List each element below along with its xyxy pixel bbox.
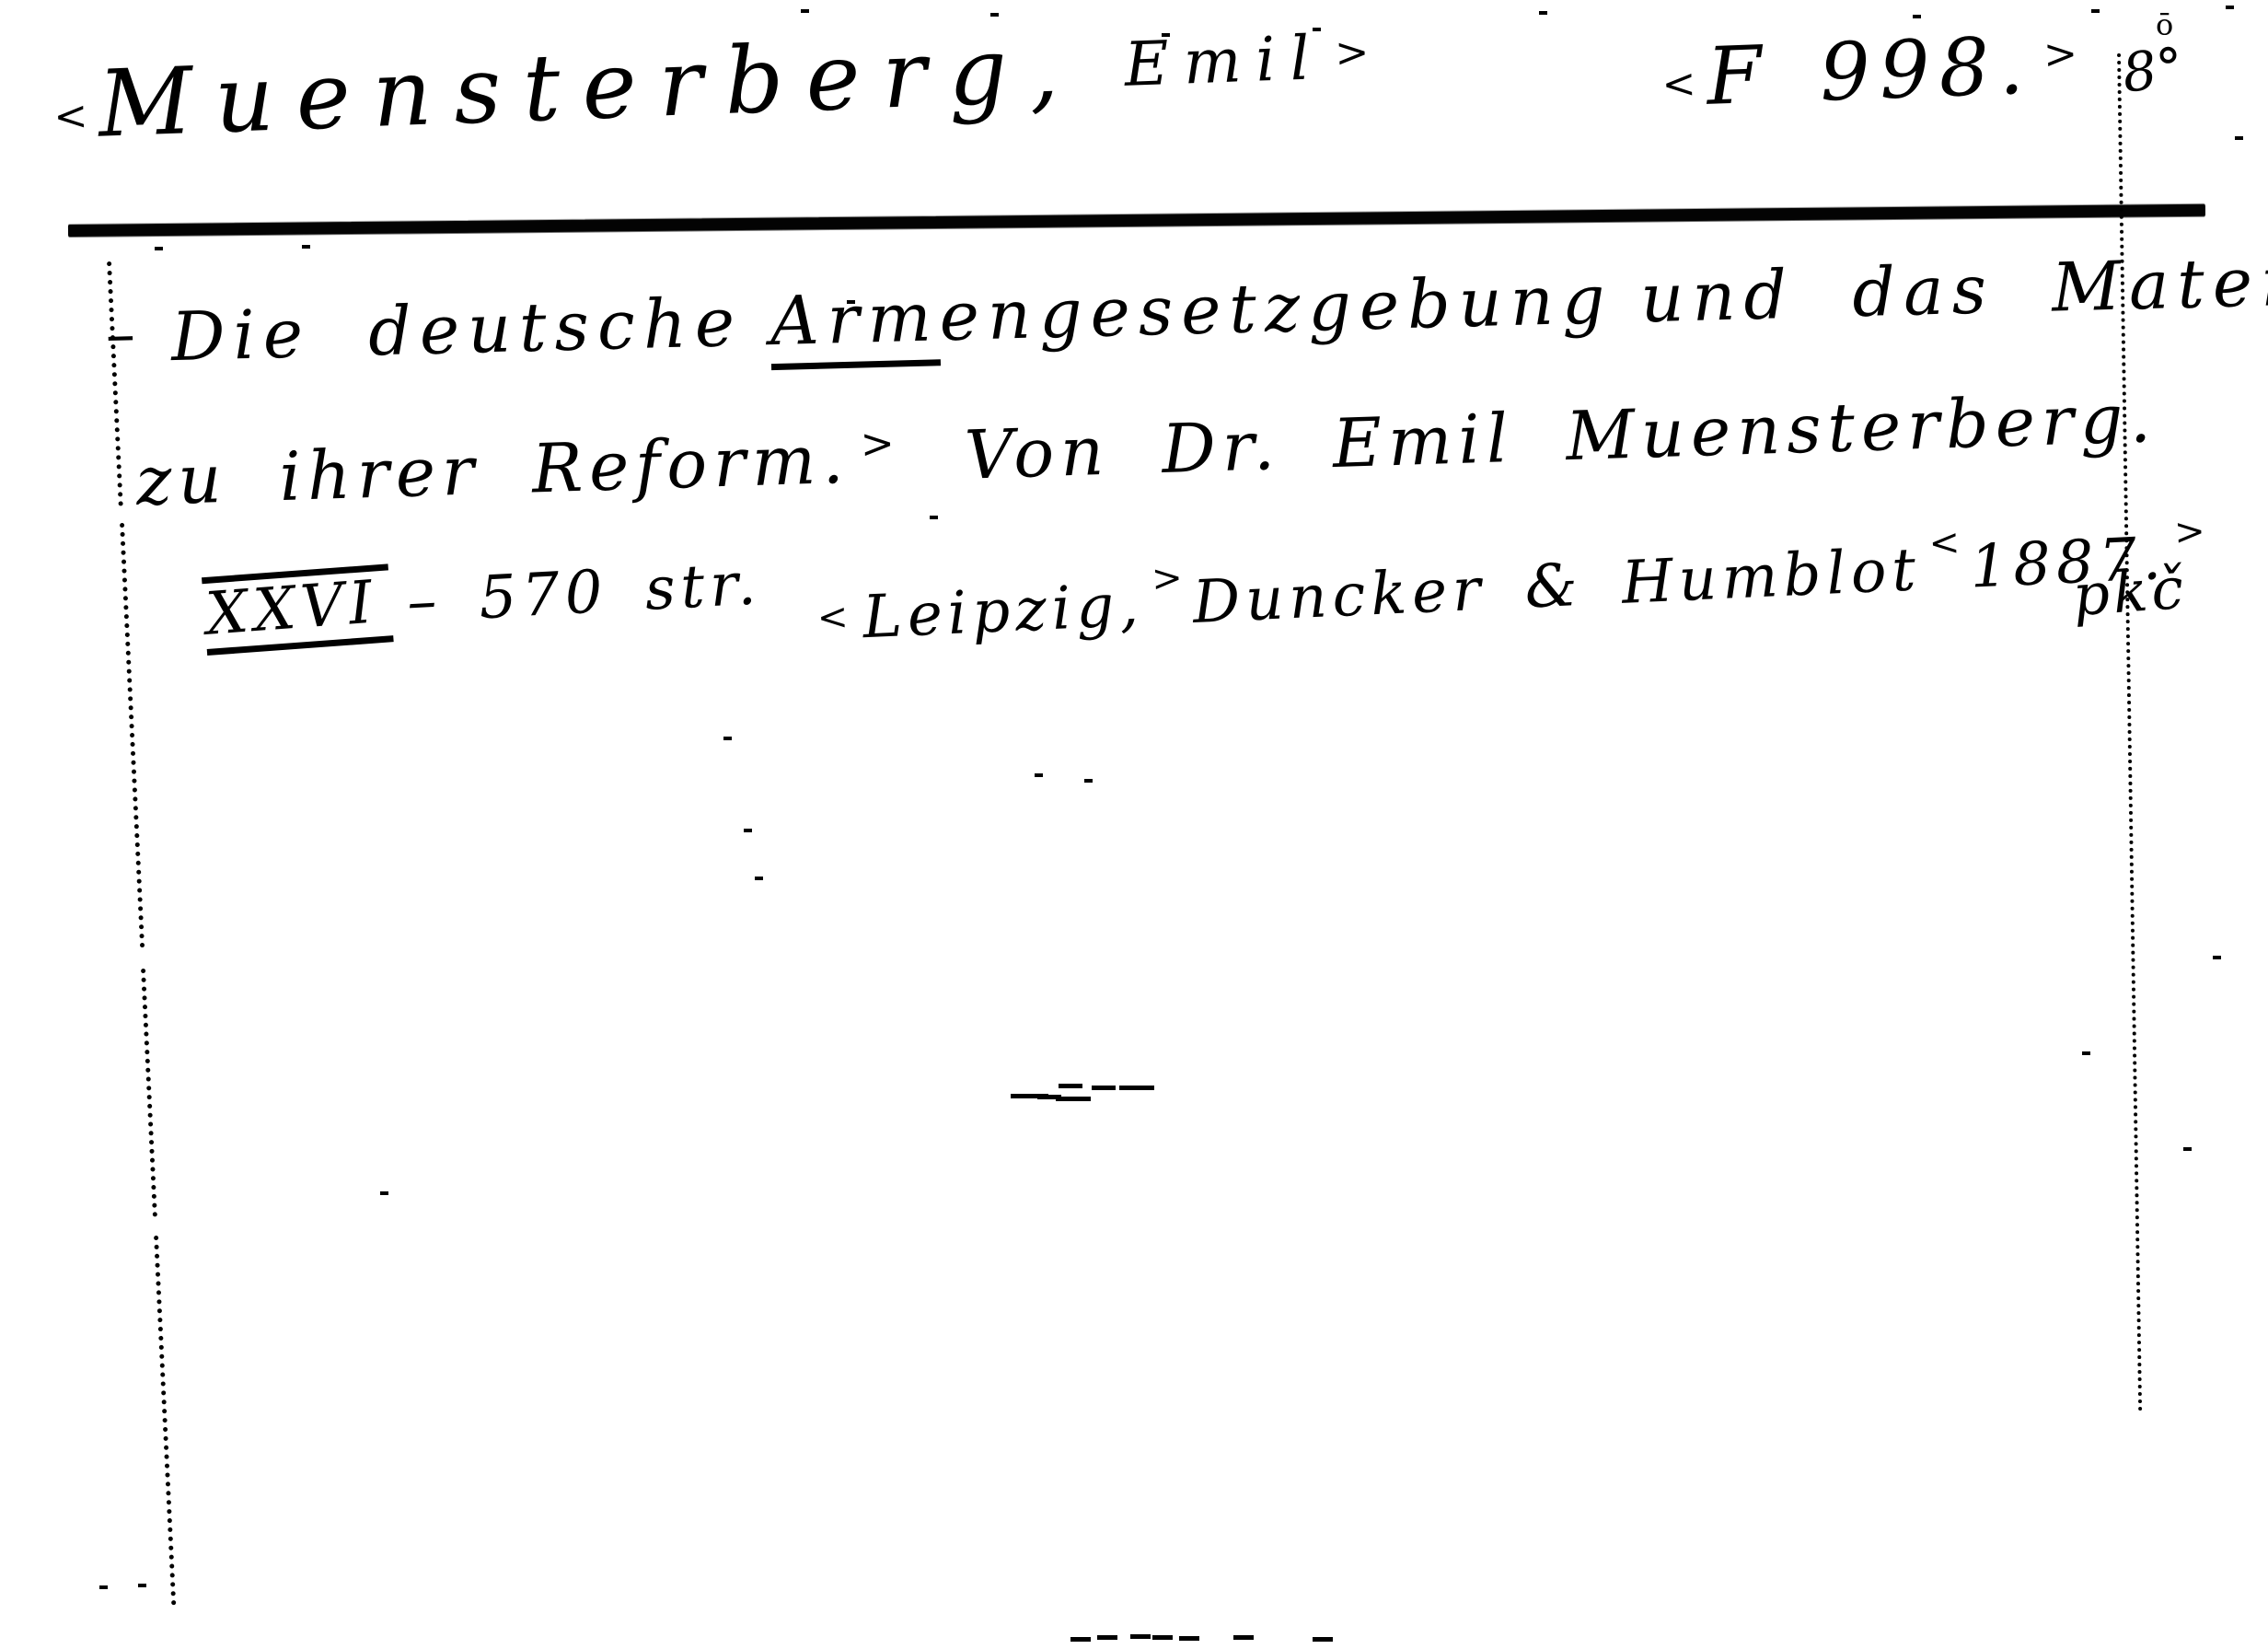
imprint-place: Leipzig,	[862, 571, 1145, 652]
title-word-armengesetzgebung: Armengesetzgebung	[769, 261, 1614, 370]
title-line2-start: zu ihrer Reform.	[135, 421, 851, 521]
shelfmark: <F 998.>	[1649, 21, 2090, 122]
insertion-mark-icon: <	[1928, 521, 1961, 564]
collation-line: XXVI– 570 str.	[202, 546, 764, 654]
insertion-mark-open-icon: <	[1661, 60, 1697, 108]
left-margin-dotted-line	[154, 1236, 176, 1606]
left-margin-dotted-line	[107, 261, 123, 506]
insertion-mark-close-icon: >	[2173, 510, 2206, 553]
collation-rest: – 570 str.	[405, 550, 763, 636]
price-annotation: pkč	[2071, 558, 2189, 627]
title-line1-end: und das Material	[1639, 239, 2268, 338]
left-margin-dotted-line	[120, 523, 145, 948]
imprint-line: <Leipzig,>Duncker & Humblot<1887.>	[806, 526, 2216, 653]
title-lead-mark: –	[105, 300, 145, 369]
insertion-mark-close-icon: >	[2042, 30, 2078, 78]
scan-noise-dashes-bottom	[0, 0, 20, 5]
author-given-name: Emil	[1123, 22, 1325, 100]
author-line: <Muensterberg,Emil>	[40, 8, 1382, 157]
title-line-1: –Die deutscheArmengesetzgebungund das Ma…	[105, 243, 2268, 376]
title-line2-end: Von Dr. Emil Muensterberg.	[964, 379, 2158, 495]
collation-roman-pages: XXVI	[202, 563, 393, 656]
title-line-2: zu ihrer Reform.>Von Dr. Emil Muensterbe…	[135, 383, 2158, 519]
title-word-rest: engesetzgebung	[939, 261, 1614, 356]
insertion-mark-open-icon: <	[53, 92, 89, 140]
format-size: 8°	[2119, 38, 2186, 102]
title-underlined-fragment: Arm	[769, 278, 941, 370]
left-margin-dotted-line	[141, 969, 157, 1217]
insertion-mark-open-icon: <	[816, 596, 850, 639]
imprint-publisher: Duncker & Humblot	[1191, 536, 1922, 637]
format-notation: ō 8°	[2123, 9, 2183, 99]
insertion-mark-icon: >	[1151, 557, 1184, 600]
catalog-card: <Muensterberg,Emil> <F 998.> ō 8° –Die d…	[0, 0, 2268, 1649]
header-divider-rule	[68, 204, 2205, 237]
title-line1-start: Die deutsche	[170, 284, 744, 377]
author-surname: Muensterberg,	[97, 15, 1082, 158]
shelfmark-text: F 998.	[1705, 20, 2034, 123]
insertion-mark-icon: >	[860, 420, 895, 468]
insertion-mark-close-icon: >	[1334, 29, 1370, 76]
